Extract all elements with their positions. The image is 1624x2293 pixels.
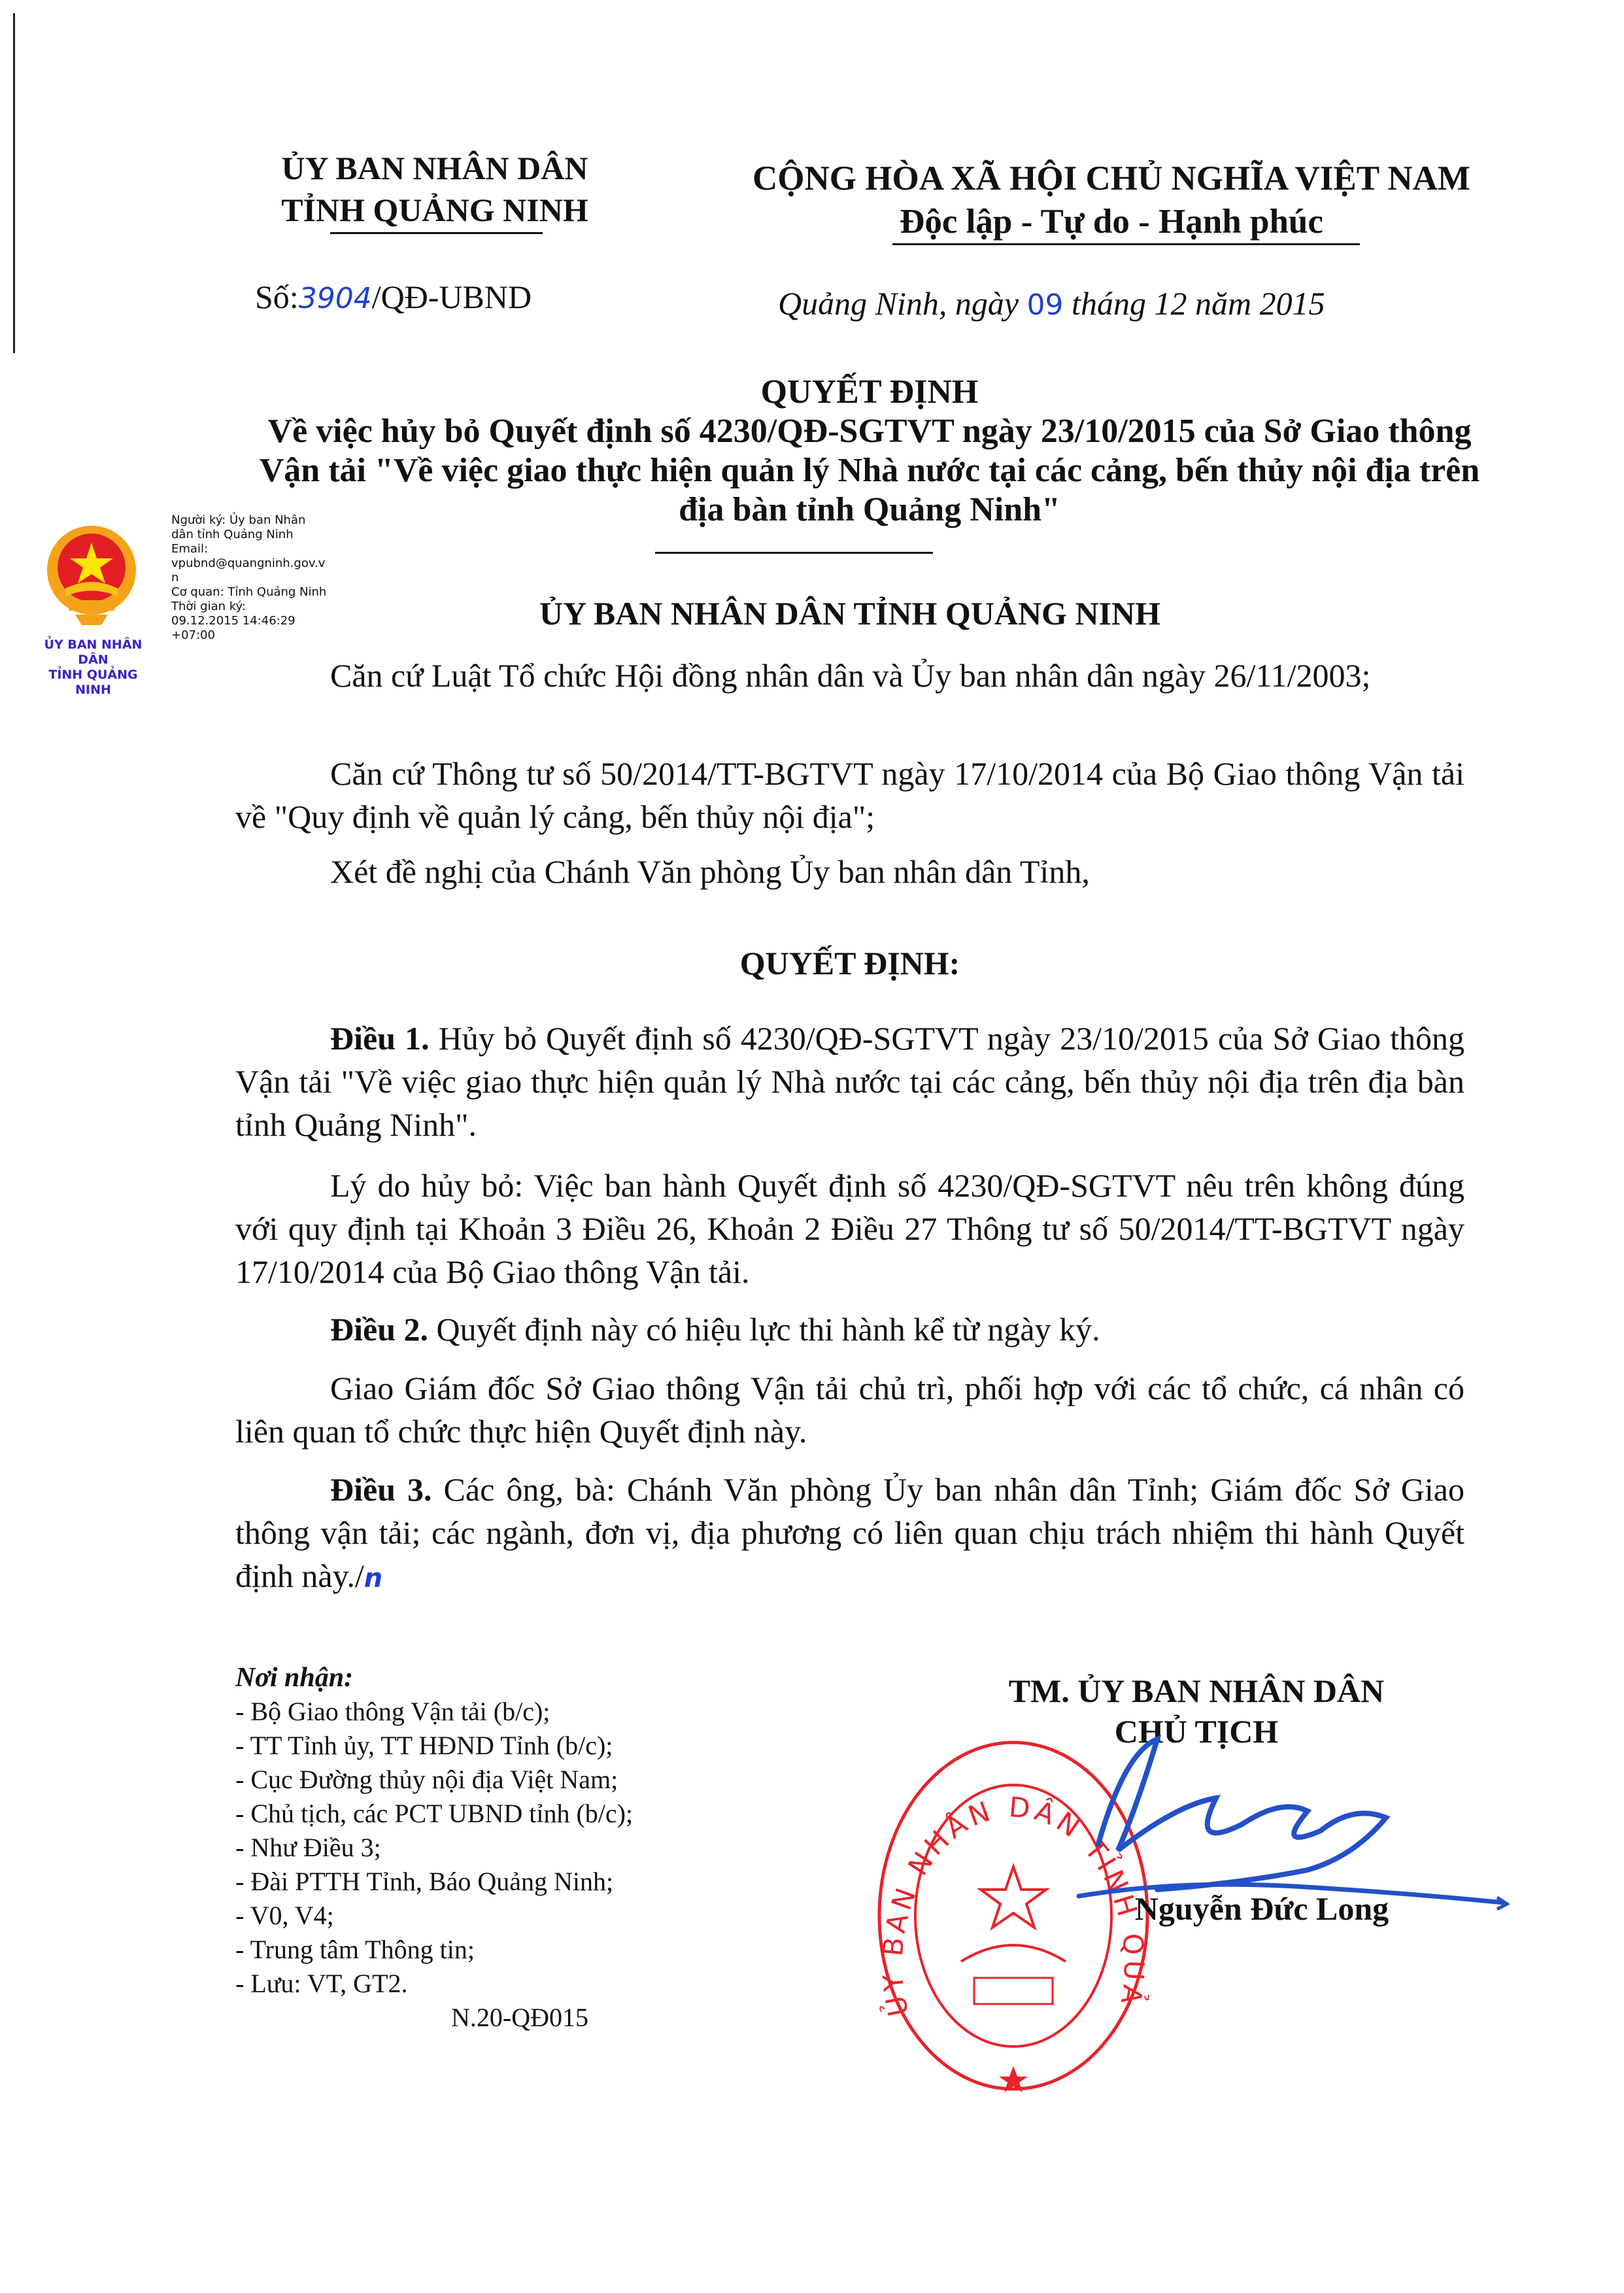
date-day-handwritten: 09 (1027, 288, 1064, 322)
emblem-caption: ỦY BAN NHÂN DÂN TỈNH QUẢNG NINH (29, 637, 157, 698)
handwritten-initial: n (364, 1563, 382, 1593)
article-text: Quyết định này có hiệu lực thi hành kể t… (428, 1311, 1100, 1348)
article-2: Điều 2. Quyết định này có hiệu lực thi h… (235, 1308, 1464, 1351)
place-and-date: Quảng Ninh, ngày 09 tháng 12 năm 2015 (778, 284, 1325, 322)
date-prefix: Quảng Ninh, ngày (778, 285, 1019, 322)
nation-name: CỘNG HÒA XÃ HỘI CHỦ NGHĨA VIỆT NAM (719, 157, 1504, 200)
recipient-item: - Trung tâm Thông tin; (235, 1933, 693, 1967)
national-motto: Độc lập - Tự do - Hạnh phúc (719, 200, 1504, 243)
org-line: ỦY BAN NHÂN DÂN (242, 147, 628, 189)
doc-no-handwritten: 3904 (299, 282, 372, 315)
article-label: Điều 2. (330, 1311, 428, 1348)
signer-name: Nguyễn Đức Long (902, 1890, 1491, 1928)
issuing-organization: ỦY BAN NHÂN DÂN TỈNH QUẢNG NINH (242, 147, 628, 231)
doc-no-prefix: Số: (255, 279, 299, 315)
scan-edge-line (13, 13, 15, 353)
document-number: Số:3904/QĐ-UBND (255, 278, 532, 316)
on-behalf-of: TM. ỦY BAN NHÂN DÂN (902, 1671, 1491, 1711)
article-1: Điều 1. Hủy bỏ Quyết định số 4230/QĐ-SGT… (235, 1017, 1464, 1146)
title-heading: QUYẾT ĐỊNH (248, 373, 1491, 412)
document-code: N.20-QĐ015 (235, 2001, 693, 2035)
article-text: Giao Giám đốc Sở Giao thông Vận tải chủ … (235, 1370, 1464, 1450)
title-underline (655, 552, 933, 554)
recipient-item: - Lưu: VT, GT2. (235, 1967, 693, 2001)
basis-paragraph: Căn cứ Thông tư số 50/2014/TT-BGTVT ngày… (235, 752, 1464, 838)
national-heading: CỘNG HÒA XÃ HỘI CHỦ NGHĨA VIỆT NAM Độc l… (719, 157, 1504, 243)
date-month: 12 (1154, 285, 1187, 322)
article-3: Điều 3. Các ông, bà: Chánh Văn phòng Ủy … (235, 1468, 1464, 1600)
national-emblem-icon (36, 523, 147, 628)
article-label: Điều 1. (330, 1020, 430, 1057)
year-label: năm (1195, 285, 1251, 322)
basis-paragraph: Căn cứ Luật Tổ chức Hội đồng nhân dân và… (235, 654, 1464, 697)
email-label: Email: (171, 542, 328, 556)
emblem-caption-line: TỈNH QUẢNG NINH (29, 668, 157, 698)
month-label: tháng (1072, 285, 1146, 322)
recipient-item: - TT Tỉnh ủy, TT HĐND Tỉnh (b/c); (235, 1729, 693, 1763)
decide-heading: QUYẾT ĐỊNH: (235, 942, 1464, 985)
signer: Người ký: Ủy ban Nhân dân tỉnh Quảng Nin… (171, 513, 328, 542)
article-text: Lý do hủy bỏ: Việc ban hành Quyết định s… (235, 1167, 1464, 1290)
article-label: Điều 3. (330, 1471, 432, 1508)
article-1-reason: Lý do hủy bỏ: Việc ban hành Quyết định s… (235, 1164, 1464, 1293)
email: vpubnd@quangninh.gov.vn (171, 556, 328, 585)
title-subject: Về việc hủy bỏ Quyết định số 4230/QĐ-SGT… (248, 412, 1491, 530)
org-underline (330, 232, 543, 234)
recipients-heading: Nơi nhận: (235, 1661, 693, 1695)
doc-no-suffix: /QĐ-UBND (372, 279, 532, 315)
recipient-item: - Chủ tịch, các PCT UBND tỉnh (b/c); (235, 1797, 693, 1831)
recipient-item: - Bộ Giao thông Vận tải (b/c); (235, 1695, 693, 1729)
org-line: TỈNH QUẢNG NINH (242, 189, 628, 231)
recipient-item: - Đài PTTH Tỉnh, Báo Quảng Ninh; (235, 1865, 693, 1899)
authority-heading: ỦY BAN NHÂN DÂN TỈNH QUẢNG NINH (235, 592, 1464, 635)
recipient-item: - Cục Đường thủy nội địa Việt Nam; (235, 1763, 693, 1797)
recipient-item: - Như Điều 3; (235, 1831, 693, 1865)
recipient-item: - V0, V4; (235, 1899, 693, 1933)
basis-paragraph: Xét đề nghị của Chánh Văn phòng Ủy ban n… (235, 850, 1464, 893)
motto-underline (892, 243, 1360, 245)
article-2-assignment: Giao Giám đốc Sở Giao thông Vận tải chủ … (235, 1367, 1464, 1453)
decision-title: QUYẾT ĐỊNH Về việc hủy bỏ Quyết định số … (248, 373, 1491, 530)
emblem-caption-line: ỦY BAN NHÂN DÂN (29, 637, 157, 668)
recipients-list: Nơi nhận: - Bộ Giao thông Vận tải (b/c);… (235, 1661, 693, 2035)
date-year: 2015 (1260, 285, 1325, 322)
